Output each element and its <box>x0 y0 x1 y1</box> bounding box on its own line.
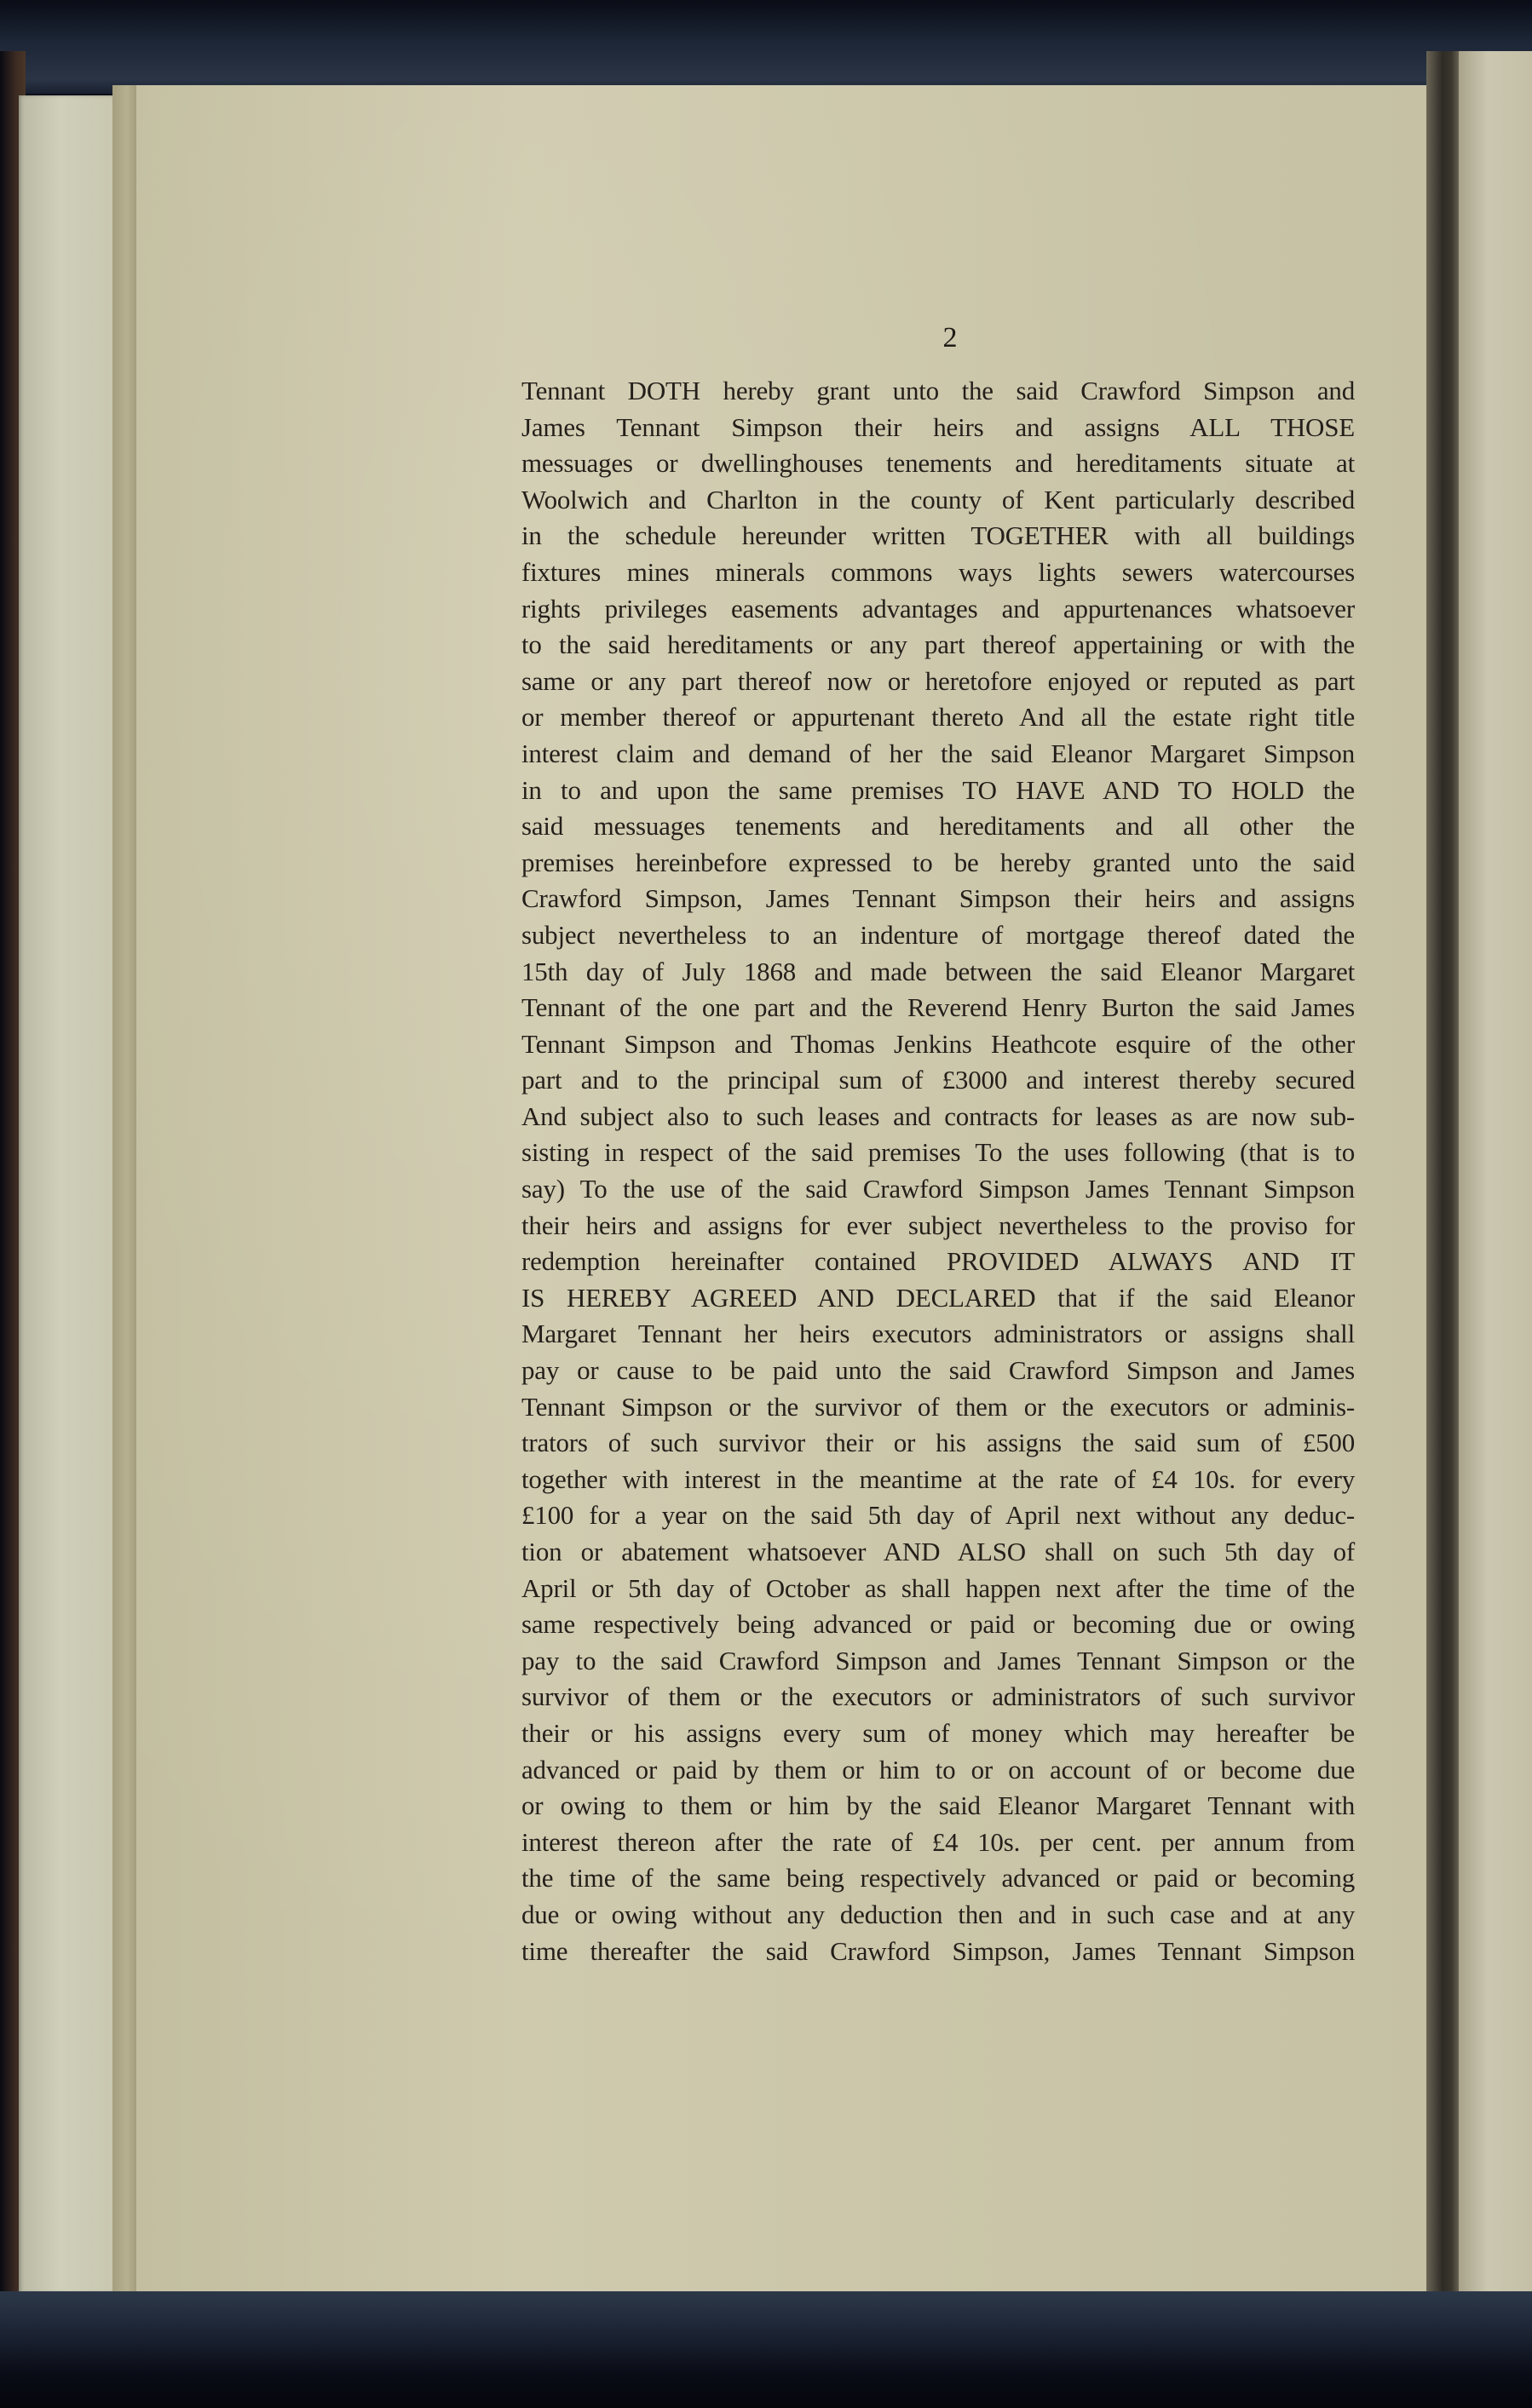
flyleaf-edge <box>19 95 121 2293</box>
text-line: in to and upon the same premises TO HAVE… <box>521 773 1355 809</box>
text-line: part and to the principal sum of £3000 a… <box>521 1062 1355 1099</box>
text-line: redemption hereinafter contained PROVIDE… <box>521 1244 1355 1280</box>
text-line: pay or cause to be paid unto the said Cr… <box>521 1353 1355 1389</box>
text-line: subject nevertheless to an indenture of … <box>521 917 1355 954</box>
text-line: Tennant of the one part and the Reverend… <box>521 990 1355 1026</box>
text-line: 15th day of July 1868 and made between t… <box>521 954 1355 991</box>
text-line: to the said hereditaments or any part th… <box>521 627 1355 664</box>
text-line: Margaret Tennant her heirs executors adm… <box>521 1316 1355 1353</box>
text-line: messuages or dwellinghouses tenements an… <box>521 445 1355 482</box>
text-line: Tennant Simpson and Thomas Jenkins Heath… <box>521 1026 1355 1063</box>
text-line: pay to the said Crawford Simpson and Jam… <box>521 1643 1355 1680</box>
text-line: said messuages tenements and hereditamen… <box>521 808 1355 845</box>
text-line: interest thereon after the rate of £4 10… <box>521 1825 1355 1861</box>
text-line: together with interest in the meantime a… <box>521 1462 1355 1498</box>
text-line: or member thereof or appurtenant thereto… <box>521 699 1355 736</box>
text-line: And subject also to such leases and cont… <box>521 1099 1355 1135</box>
text-line: £100 for a year on the said 5th day of A… <box>521 1497 1355 1534</box>
text-line: Woolwich and Charlton in the county of K… <box>521 482 1355 519</box>
text-line: their or his assigns every sum of money … <box>521 1715 1355 1752</box>
text-line: in the schedule hereunder written TOGETH… <box>521 518 1355 555</box>
text-line: April or 5th day of October as shall hap… <box>521 1571 1355 1607</box>
body-text: Tennant DOTH hereby grant unto the said … <box>521 373 1355 1969</box>
text-line: Tennant DOTH hereby grant unto the said … <box>521 373 1355 410</box>
text-line: interest claim and demand of her the sai… <box>521 736 1355 773</box>
text-line: due or owing without any deduction then … <box>521 1897 1355 1934</box>
text-line: their heirs and assigns for ever subject… <box>521 1208 1355 1244</box>
text-line: rights privileges easements advantages a… <box>521 591 1355 628</box>
text-line: IS HEREBY AGREED AND DECLARED that if th… <box>521 1280 1355 1317</box>
text-line: survivor of them or the executors or adm… <box>521 1679 1355 1715</box>
book-gutter <box>1426 51 1462 2317</box>
text-line: time thereafter the said Crawford Simpso… <box>521 1934 1355 1970</box>
next-page-edge <box>1459 51 1532 2317</box>
text-line: the time of the same being respectively … <box>521 1860 1355 1897</box>
text-line: fixtures mines minerals commons ways lig… <box>521 555 1355 591</box>
text-line: Tennant Simpson or the survivor of them … <box>521 1389 1355 1426</box>
text-line: same or any part thereof now or heretofo… <box>521 664 1355 700</box>
text-line: same respectively being advanced or paid… <box>521 1606 1355 1643</box>
text-line: or owing to them or him by the said Elea… <box>521 1788 1355 1825</box>
text-line: sisting in respect of the said premises … <box>521 1135 1355 1171</box>
book-binding-top <box>0 0 1532 94</box>
text-line: say) To the use of the said Crawford Sim… <box>521 1171 1355 1208</box>
text-line: James Tennant Simpson their heirs and as… <box>521 410 1355 446</box>
page-number: 2 <box>937 322 963 354</box>
book-binding-bottom <box>0 2291 1532 2408</box>
text-line: advanced or paid by them or him to or on… <box>521 1752 1355 1789</box>
text-line: Crawford Simpson, James Tennant Simpson … <box>521 881 1355 917</box>
text-line: tion or abatement whatsoever AND ALSO sh… <box>521 1534 1355 1571</box>
text-line: premises hereinbefore expressed to be he… <box>521 845 1355 882</box>
text-line: trators of such survivor their or his as… <box>521 1425 1355 1462</box>
